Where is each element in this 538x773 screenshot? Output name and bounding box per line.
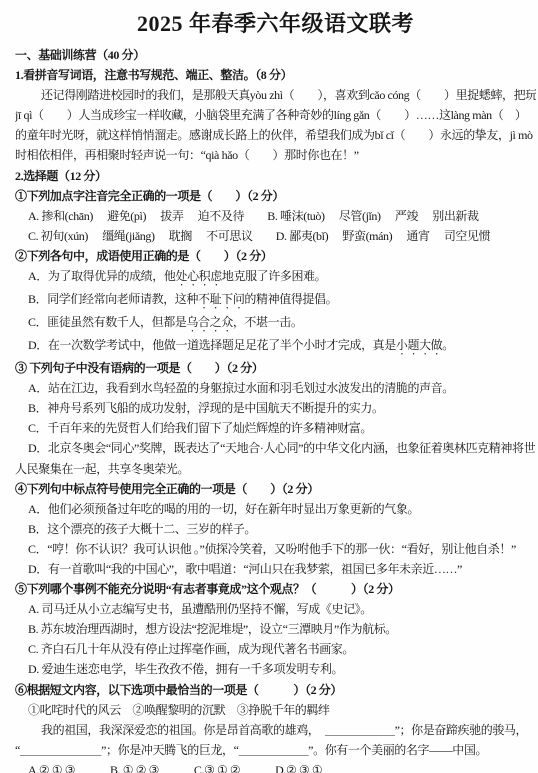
q1-text-line4: 时相依相伴，再相聚时轻声说一句：“qià hǎo（ ）那时你也在！” (15, 145, 536, 165)
option-text: 。 (442, 338, 454, 352)
q2-heading: 2.选择题（12 分） (15, 166, 536, 186)
q2-2-option-c: C．匪徒虽然有数千人，但都是乌合之众，不堪一击。 (15, 312, 536, 335)
exam-content: 2025 年春季六年级语文联考 一、基础训练营（40 分） 1.看拼音写词语，注… (0, 0, 538, 773)
option-text: B．同学们经常向老师请教，这种 (28, 292, 198, 306)
option-text: A．为了取得优异的成绩，他 (28, 269, 175, 283)
q2-4-option-a: A．他们必须预备过年吃的喝的用的一切，好在新年时显出万象更新的气象。 (15, 499, 536, 519)
emphasized-idiom: 乌合之众 (186, 315, 232, 329)
q2-3-stem: ③ 下列句子中没有语病的一项是（ ）（2 分） (15, 358, 536, 378)
q2-2-stem: ②下列各句中，成语使用正确的是（ ）（2 分） (15, 246, 536, 266)
q2-2-option-a: A．为了取得优异的成绩，他处心积虑地克服了许多困难。 (15, 266, 536, 289)
emphasized-idiom: 不耻下问 (198, 292, 244, 306)
q2-3-option-b: B．神舟号系列飞船的成功发射，浮现的是中国航天不断提升的实力。 (15, 398, 536, 418)
q2-4-option-c: C．“哼！你不认识？我可认识他 。”侦探冷笑着，又吩咐他手下的那一伙：“看好，别… (15, 539, 536, 559)
q2-5-option-a: A. 司马迁从小立志编写史书，虽遭酷刑仍坚持不懈，写成《史记》。 (15, 599, 536, 619)
option-text: C．匪徒虽然有数千人，但都是 (28, 315, 186, 329)
exam-paper-page: 2025 年春季六年级语文联考 一、基础训练营（40 分） 1.看拼音写词语，注… (0, 0, 538, 773)
q2-6-answer-choices: A.② ① ③ B. ① ② ③ C.③ ① ② D.② ③ ① (15, 760, 536, 773)
q2-4-stem: ④下列句中标点符号使用完全正确的一项是（ ）（2 分） (15, 479, 536, 499)
q2-1-stem: ①下列加点字注音完全正确的一项是（ ）（2 分） (15, 186, 536, 206)
q2-5-stem: ⑤下列哪个事例不能充分说明“有志者事竟成”这个观点？（ ）（2 分） (15, 579, 536, 599)
q2-3-option-c: C．千百年来的先贤哲人们给我们留下了灿烂辉煌的许多精神财富。 (15, 418, 536, 438)
q2-5-option-b: B. 苏东坡治理西湖时，想方设法“挖泥堆堤”，设立“三潭映月”作为航标。 (15, 619, 536, 639)
q2-6-passage-line1: 我的祖国，我深深爱恋的祖国。你是昂首高歌的雄鸡， ＿＿＿＿＿＿”；你是奋蹄疾驰的… (15, 720, 536, 740)
q2-2-option-b: B．同学们经常向老师请教，这种不耻下问的精神值得提倡。 (15, 289, 536, 312)
q2-5-option-c: C. 齐白石几十年从没有停止过挥毫作画，成为现代著名书画家。 (15, 639, 536, 659)
q2-6-items: ①叱咤时代的风云 ②唤醒黎明的沉默 ③挣脱千年的羁绊 (15, 700, 536, 720)
q2-5-option-d: D. 爱迪生迷恋电学，毕生孜孜不倦，拥有一千多项发明专利。 (15, 659, 536, 679)
q2-1-options-row2: C. 初旬(xún) 缰绳(jiǎng) 耽搁 不可思议 D. 鄙夷(bǐ) 野… (15, 226, 536, 246)
option-text: 地克服了许多困难。 (222, 269, 326, 283)
q1-text-line2: jī qì（ ）人当成珍宝一样收藏，小脑袋里充满了各种奇妙的líng gǎn（ … (15, 105, 536, 125)
q2-6-stem: ⑥根据短文内容，以下选项中最恰当的一项是（ ）（2 分） (15, 680, 536, 700)
q2-4-option-d: D．有一首歌叫“我的中国心”，歌中唱道：“河山只在我梦萦，祖国已多年未亲近……” (15, 559, 536, 579)
q2-1-options-row1: A. 掺和(chān) 避免(pì) 拔弄 迫不及待 B. 唾沫(tuò) 尽管… (15, 206, 536, 226)
emphasized-idiom: 小题大做 (396, 338, 442, 352)
section1-heading: 一、基础训练营（40 分） (15, 45, 536, 65)
q2-3-option-d-wrap: 人民聚集在一起，共享冬奥荣光。 (15, 459, 536, 479)
q1-text-line1: 还记得刚踏进校园时的我们，是那般天真yòu zhì（ ），喜欢到cǎo cóng… (15, 85, 536, 105)
option-text: ，不堪一击。 (233, 315, 303, 329)
q1-heading: 1.看拼音写词语，注意书写规范、端正、整洁。（8 分） (15, 65, 536, 85)
q2-6-passage-line2: “＿＿＿＿＿＿＿”；你是冲天腾飞的巨龙，“＿＿＿＿＿＿”。你有一个美丽的名字——… (15, 740, 536, 760)
q2-2-option-d: D．在一次数学考试中，他做一道选择题足足花了半个小时才完成，真是小题大做。 (15, 335, 536, 358)
q2-4-option-b: B．这个漂亮的孩子大概十二、三岁的样子。 (15, 519, 536, 539)
exam-title: 2025 年春季六年级语文联考 (15, 7, 536, 40)
q2-3-option-a: A．站在江边，我看到水鸟轻盈的身躯掠过水面和羽毛划过水波发出的清脆的声音。 (15, 378, 536, 398)
emphasized-idiom: 处心积虑 (175, 269, 221, 283)
option-text: D．在一次数学考试中，他做一道选择题足足花了半个小时才完成，真是 (28, 338, 396, 352)
option-text: 的精神值得提倡。 (244, 292, 337, 306)
q2-3-option-d: D．北京冬奥会“同心”奖牌，既表达了“天地合·人心同”的中华文化内涵，也象征着奥… (15, 438, 536, 458)
q1-text-line3: 的童年时光呀，就这样悄悄溜走。感谢成长路上的伙伴，希望我们成为bǐ cǐ（ ）永… (15, 125, 536, 145)
